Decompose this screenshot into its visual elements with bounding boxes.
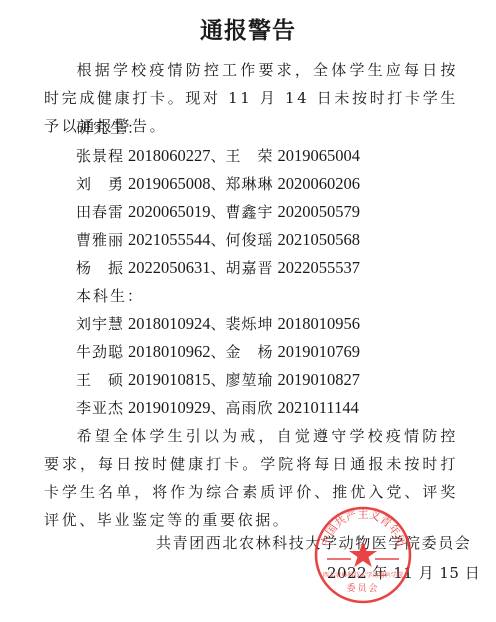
student-row: 刘宇慧2018010924、裴烁坤2018010956 bbox=[76, 310, 360, 338]
student-id: 2022050631 bbox=[128, 258, 211, 277]
student-id: 2020060206 bbox=[278, 174, 361, 193]
student-id: 2020050579 bbox=[278, 202, 361, 221]
student-id: 2018060227 bbox=[128, 146, 211, 165]
student-name: 刘 勇 bbox=[76, 175, 124, 193]
student-id: 2019010769 bbox=[278, 342, 361, 361]
student-name: 高雨欣 bbox=[226, 399, 274, 417]
student-id: 2022055537 bbox=[278, 258, 361, 277]
student-id: 2018010962 bbox=[128, 342, 211, 361]
separator: 、 bbox=[211, 399, 226, 417]
separator: 、 bbox=[211, 231, 226, 249]
student-name: 牛劲聪 bbox=[76, 343, 124, 361]
student-name: 张景程 bbox=[76, 147, 124, 165]
student-id: 2021011144 bbox=[278, 398, 359, 417]
undergraduate-label: 本科生： bbox=[76, 282, 144, 310]
separator: 、 bbox=[211, 343, 226, 361]
page-title: 通报警告 bbox=[0, 12, 496, 45]
stamp-top-text: 中国共产主义青年团 bbox=[318, 507, 408, 548]
student-id: 2019010827 bbox=[278, 370, 361, 389]
student-name: 曹雅丽 bbox=[76, 231, 124, 249]
student-name: 曹鑫宇 bbox=[226, 203, 274, 221]
student-id: 2021055544 bbox=[128, 230, 211, 249]
student-id: 2018010924 bbox=[128, 314, 211, 333]
student-name: 裴烁坤 bbox=[226, 315, 274, 333]
student-name: 何俊瑶 bbox=[226, 231, 274, 249]
student-row: 曹雅丽2021055544、何俊瑶2021050568 bbox=[76, 226, 360, 254]
official-seal-stamp: 中国共产主义青年团 西北农林科技大学动物医学院 委员会 bbox=[313, 505, 413, 605]
student-name: 金 杨 bbox=[226, 343, 274, 361]
student-name: 郑琳琳 bbox=[226, 175, 274, 193]
student-id: 2020065019 bbox=[128, 202, 211, 221]
student-row: 杨 振2022050631、胡嘉晋2022055537 bbox=[76, 254, 360, 282]
student-id: 2019065004 bbox=[278, 146, 361, 165]
separator: 、 bbox=[211, 371, 226, 389]
student-name: 田春雷 bbox=[76, 203, 124, 221]
student-row: 刘 勇2019065008、郑琳琳2020060206 bbox=[76, 170, 360, 198]
student-name: 王 荣 bbox=[226, 147, 274, 165]
student-id: 2018010956 bbox=[278, 314, 361, 333]
student-name: 廖堃瑜 bbox=[226, 371, 274, 389]
student-row: 牛劲聪2018010962、金 杨2019010769 bbox=[76, 338, 360, 366]
student-row: 王 硕2019010815、廖堃瑜2019010827 bbox=[76, 366, 360, 394]
star-icon bbox=[349, 541, 377, 567]
separator: 、 bbox=[211, 315, 226, 333]
separator: 、 bbox=[211, 147, 226, 165]
student-id: 2019010929 bbox=[128, 398, 211, 417]
separator: 、 bbox=[211, 175, 226, 193]
graduate-label: 研究生： bbox=[76, 114, 144, 142]
student-id: 2019065008 bbox=[128, 174, 211, 193]
student-name: 王 硕 bbox=[76, 371, 124, 389]
student-name: 胡嘉晋 bbox=[226, 259, 274, 277]
student-name: 刘宇慧 bbox=[76, 315, 124, 333]
student-name: 李亚杰 bbox=[76, 399, 124, 417]
student-id: 2021050568 bbox=[278, 230, 361, 249]
svg-text:西北农林科技大学动物医学院: 西北农林科技大学动物医学院 bbox=[323, 571, 404, 579]
separator: 、 bbox=[211, 259, 226, 277]
svg-text:委员会: 委员会 bbox=[346, 582, 379, 594]
student-name: 杨 振 bbox=[76, 259, 124, 277]
separator: 、 bbox=[211, 203, 226, 221]
student-row: 张景程2018060227、王 荣2019065004 bbox=[76, 142, 360, 170]
student-id: 2019010815 bbox=[128, 370, 211, 389]
student-row: 田春雷2020065019、曹鑫宇2020050579 bbox=[76, 198, 360, 226]
student-row: 李亚杰2019010929、高雨欣2021011144 bbox=[76, 394, 359, 422]
